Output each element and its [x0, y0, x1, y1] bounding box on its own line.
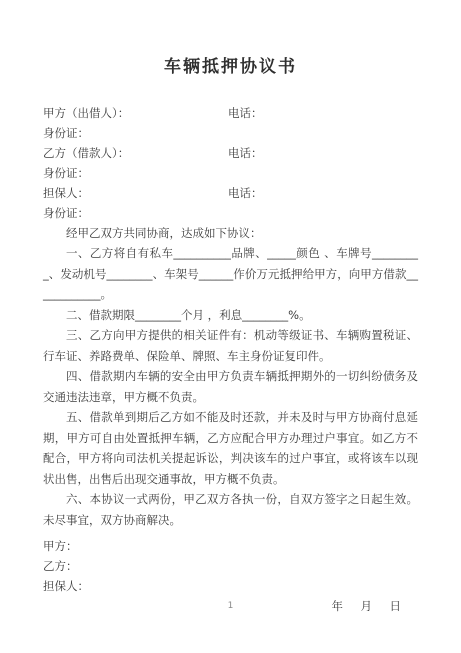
signature-party-a: 甲方：	[43, 536, 418, 556]
clause-4: 四、借款期内车辆的安全由甲方负责车辆抵押期外的一切纠纷债务及交通违法违章，甲方概…	[43, 366, 418, 407]
signature-party-b: 乙方：	[43, 556, 418, 576]
party-label-guarantor: 担保人：	[43, 183, 228, 203]
clause-6: 六、本协议一式两份，甲乙双方各执一份，自双方签字之日起生效。未尽事宜，双方协商解…	[43, 489, 418, 530]
clause-1: 一、乙方将自有私车__________品牌、_____颜色 、车牌号______…	[43, 243, 418, 305]
party-label-borrower: 乙方（借款人）：	[43, 143, 228, 163]
phone-label-guarantor: 电话：	[228, 183, 263, 203]
page-number: 1	[0, 601, 461, 611]
party-row-guarantor: 担保人： 电话：	[43, 183, 418, 203]
document-page: 车辆抵押协议书 甲方（出借人）： 电话： 身份证： 乙方（借款人）： 电话： 身…	[0, 0, 461, 653]
party-block: 甲方（出借人）： 电话： 身份证： 乙方（借款人）： 电话： 身份证： 担保人：…	[43, 103, 418, 223]
clause-5: 五、借款单到期后乙方如不能及时还款，并未及时与甲方协商付息延期，甲方可自由处置抵…	[43, 407, 418, 489]
document-title: 车辆抵押协议书	[43, 55, 418, 79]
party-label-lender: 甲方（出借人）：	[43, 103, 228, 123]
party-row-borrower: 乙方（借款人）： 电话：	[43, 143, 418, 163]
signature-guarantor: 担保人：	[43, 576, 418, 596]
clause-2: 二、借款期限________个月 ，利息________%。	[43, 305, 418, 326]
clause-3: 三、乙方向甲方提供的相关证件有：机动等级证书、车辆购置税证、行车证、养路费单、保…	[43, 325, 418, 366]
signature-block: 甲方： 乙方： 担保人：	[43, 536, 418, 596]
clauses-section: 一、乙方将自有私车__________品牌、_____颜色 、车牌号______…	[43, 243, 418, 530]
id-label-lender: 身份证：	[43, 123, 418, 143]
phone-label-borrower: 电话：	[228, 143, 263, 163]
id-label-borrower: 身份证：	[43, 163, 418, 183]
intro-text: 经甲乙双方共同协商，达成如下协议：	[43, 223, 418, 243]
party-row-lender: 甲方（出借人）： 电话：	[43, 103, 418, 123]
phone-label-lender: 电话：	[228, 103, 263, 123]
id-label-guarantor: 身份证：	[43, 203, 418, 223]
